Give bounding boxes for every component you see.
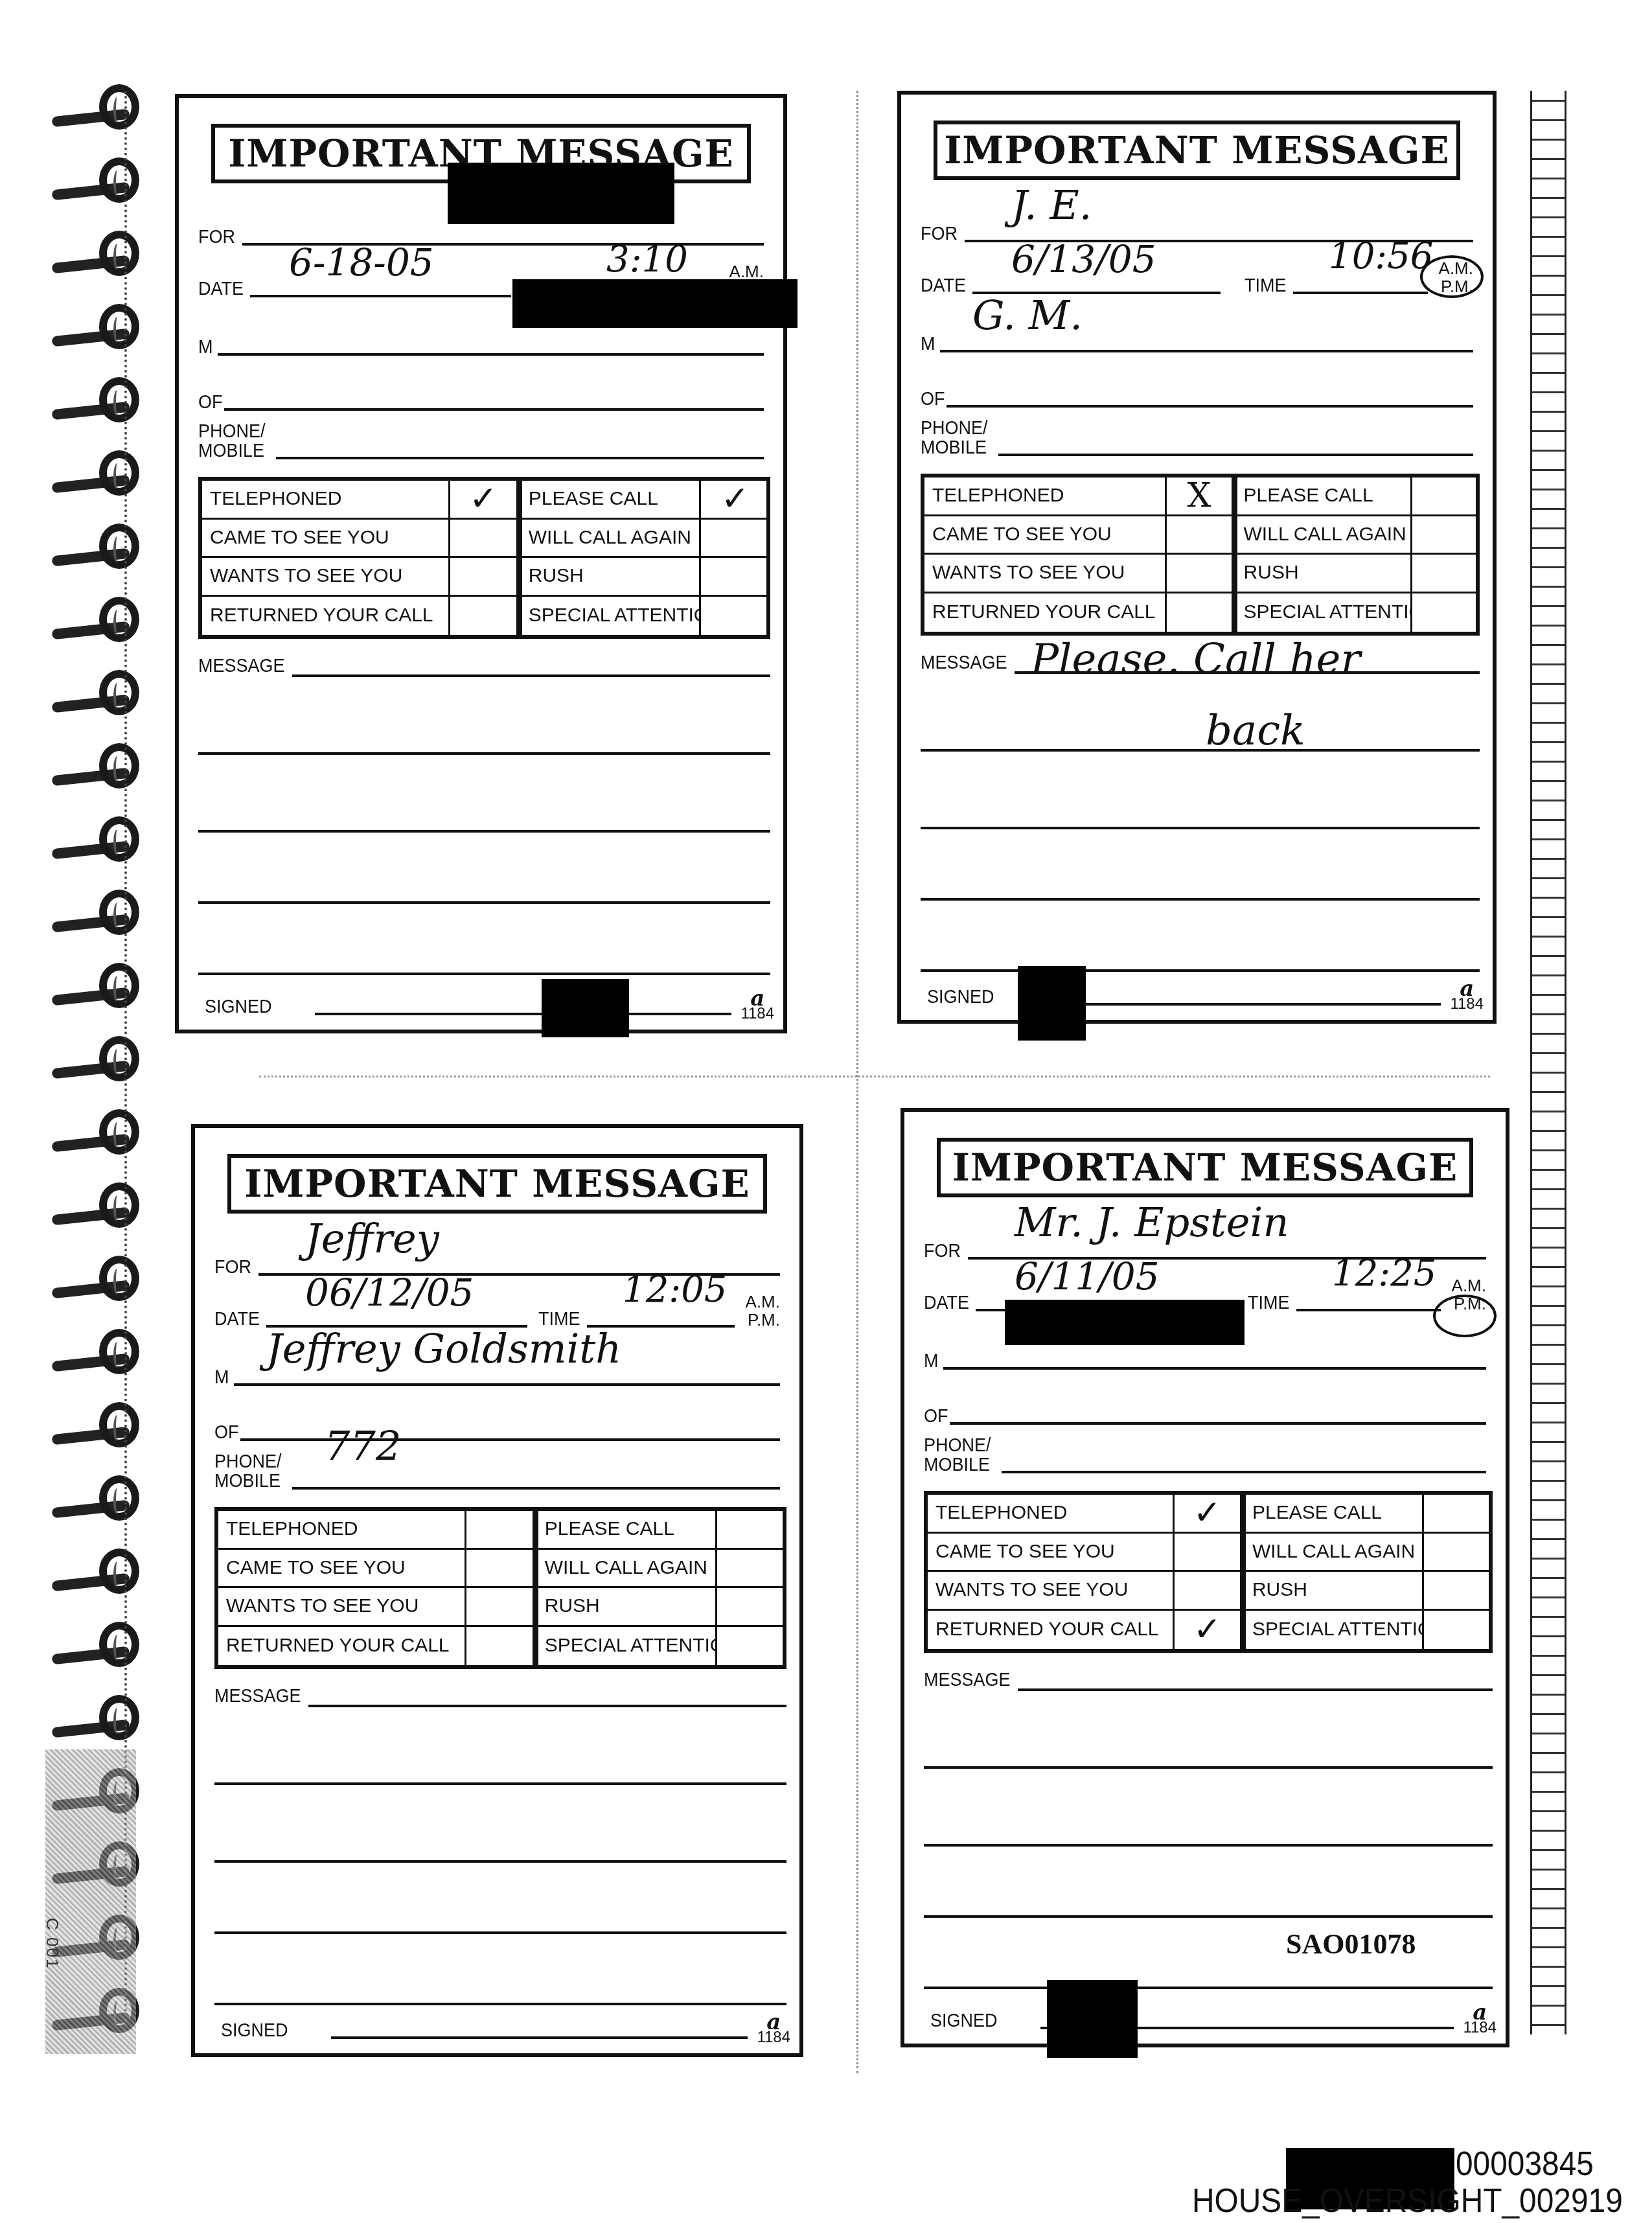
slip-title: IMPORTANT MESSAGE: [244, 1162, 750, 1206]
checkbox-special_attention[interactable]: [717, 1627, 785, 1666]
am-pm: A.M. P.M.: [746, 1293, 780, 1329]
checkbox-telephoned[interactable]: ✓: [1175, 1495, 1242, 1534]
time-value[interactable]: 3:10: [606, 242, 688, 278]
time-label: TIME: [1248, 1293, 1290, 1313]
spiral-coil-icon: [52, 670, 149, 728]
message-line: [921, 898, 1480, 901]
checkbox-returned_your_call[interactable]: [466, 1627, 534, 1666]
checkbox-rush[interactable]: [717, 1588, 785, 1627]
message-slip-bottom-right: IMPORTANT MESSAGE FOR DATE TIME A.M. P.M…: [901, 1108, 1509, 2047]
spiral-coil-icon: [52, 1329, 149, 1387]
signed-line: [1037, 1003, 1441, 1006]
time-label: TIME: [1245, 276, 1287, 295]
checkbox-label-came_to_see_you: CAME TO SEE YOU: [924, 516, 1167, 555]
from-value[interactable]: G. M.: [972, 295, 1083, 336]
tear-line: [259, 1076, 1490, 1077]
spiral-coil-icon: [52, 963, 149, 1021]
for-value[interactable]: J. E.: [1011, 185, 1092, 225]
checkbox-label-special_attention: SPECIAL ATTENTION: [1245, 1611, 1424, 1650]
checkbox-label-returned_your_call: RETURNED YOUR CALL: [202, 597, 450, 636]
checkbox-returned_your_call[interactable]: ✓: [1175, 1611, 1242, 1650]
signed-line: [331, 2036, 748, 2039]
checkbox-telephoned[interactable]: [466, 1511, 534, 1550]
form-number: 1184: [757, 2029, 790, 2046]
checkbox-label-returned_your_call: RETURNED YOUR CALL: [928, 1611, 1175, 1650]
message-line: [1018, 1688, 1493, 1691]
message-line: [924, 1915, 1493, 1918]
checkbox-label-rush: RUSH: [1245, 1572, 1424, 1611]
slip-title: IMPORTANT MESSAGE: [952, 1146, 1458, 1190]
checkbox-label-please_call: PLEASE CALL: [537, 1511, 718, 1550]
checkbox-came_to_see_you[interactable]: [450, 520, 518, 559]
spiral-coil-icon: [52, 524, 149, 582]
checkbox-grid: TELEPHONED✓PLEASE CALLCAME TO SEE YOUWIL…: [924, 1491, 1493, 1653]
checkbox-telephoned[interactable]: ✓: [450, 481, 518, 520]
spiral-coil-icon: [52, 1475, 149, 1534]
am-pm-circle: [1433, 1295, 1497, 1337]
spiral-coil-icon: [52, 231, 149, 289]
date-label: DATE: [198, 279, 244, 299]
form-number: 1184: [1450, 995, 1484, 1013]
checkbox-label-will_call_again: WILL CALL AGAIN: [537, 1550, 718, 1589]
am-label: A.M.: [729, 262, 764, 281]
phone-line: [998, 454, 1473, 456]
checkbox-will_call_again[interactable]: [1424, 1534, 1491, 1572]
time-value[interactable]: 12:25: [1332, 1256, 1436, 1292]
message-slip-top-left: IMPORTANT MESSAGE FOR DATE TIME A.M. P.M…: [175, 94, 787, 1033]
checkbox-label-telephoned: TELEPHONED: [928, 1495, 1175, 1534]
message-line: [214, 2003, 786, 2005]
from-line: [943, 1367, 1486, 1370]
message-label: MESSAGE: [921, 652, 1007, 674]
phone-line: [276, 457, 764, 459]
signed-label: SIGNED: [927, 986, 994, 1008]
spiral-coil-icon: [52, 84, 149, 143]
checkbox-label-wants_to_see_you: WANTS TO SEE YOU: [218, 1588, 466, 1627]
checkbox-came_to_see_you[interactable]: [466, 1550, 534, 1589]
message-line: [198, 830, 770, 833]
from-line: [940, 350, 1473, 352]
of-field: OF: [921, 370, 1473, 409]
checkbox-wants_to_see_you[interactable]: [1167, 555, 1233, 593]
form-number: 1184: [740, 1005, 774, 1022]
spiral-coil-icon: [52, 1036, 149, 1094]
spiral-coil-icon: [52, 157, 149, 216]
checkbox-label-rush: RUSH: [537, 1588, 718, 1627]
scan-shadow: [45, 1749, 136, 2054]
adams-logo-icon: a: [757, 2014, 790, 2030]
checkbox-label-special_attention: SPECIAL ATTENTION: [537, 1627, 718, 1666]
message-line: [198, 901, 770, 904]
checkbox-rush[interactable]: [1412, 555, 1478, 593]
checkbox-will_call_again[interactable]: [701, 520, 769, 559]
time-value[interactable]: 12:05: [623, 1272, 727, 1308]
of-field: OF: [214, 1403, 780, 1442]
adams-logo-icon: a: [740, 991, 774, 1006]
checkbox-label-special_attention: SPECIAL ATTENTION: [1236, 593, 1412, 632]
checkbox-label-wants_to_see_you: WANTS TO SEE YOU: [202, 558, 450, 597]
signed-label: SIGNED: [221, 2020, 288, 2042]
message-line: [924, 1766, 1493, 1769]
checkbox-label-please_call: PLEASE CALL: [1245, 1495, 1424, 1534]
spiral-coil-icon: [52, 450, 149, 509]
checkbox-please_call[interactable]: [1424, 1495, 1491, 1534]
checkbox-label-came_to_see_you: CAME TO SEE YOU: [218, 1550, 466, 1589]
title-box: IMPORTANT MESSAGE: [937, 1138, 1473, 1197]
phone-field: PHONE/ MOBILE: [921, 406, 1473, 457]
mobile-label: MOBILE: [921, 438, 987, 457]
for-value[interactable]: Jeffrey: [305, 1219, 439, 1259]
phone-line: [292, 1487, 780, 1490]
phone-label: PHONE/: [198, 422, 266, 441]
phone-line: [1002, 1471, 1486, 1473]
side-stamp: C 001: [42, 1918, 62, 1969]
checkbox-special_attention[interactable]: [1424, 1611, 1491, 1650]
message-label: MESSAGE: [214, 1685, 301, 1707]
phone-label: PHONE/: [924, 1436, 991, 1455]
message-line: [921, 969, 1480, 972]
form-logo: a 1184: [740, 991, 774, 1022]
checkbox-label-telephoned: TELEPHONED: [218, 1511, 466, 1550]
message-line: [921, 749, 1480, 752]
m-label: M: [921, 334, 935, 354]
signed-label: SIGNED: [930, 2010, 998, 2032]
checkbox-please_call[interactable]: [1412, 478, 1478, 516]
for-redaction: [448, 163, 674, 224]
spiral-coil-icon: [52, 743, 149, 801]
from-value[interactable]: Jeffrey Goldsmith: [266, 1329, 621, 1369]
checkbox-grid: TELEPHONED✓PLEASE CALL✓CAME TO SEE YOUWI…: [198, 477, 770, 639]
slip-title: IMPORTANT MESSAGE: [944, 128, 1450, 172]
spiral-coil-icon: [52, 890, 149, 948]
from-line: [234, 1383, 780, 1386]
checkbox-label-will_call_again: WILL CALL AGAIN: [1236, 516, 1412, 555]
message-line: [308, 1705, 786, 1707]
adams-logo-icon: a: [1450, 981, 1484, 996]
spiral-coil-icon: [52, 1256, 149, 1314]
phone-value[interactable]: 772: [325, 1426, 401, 1466]
message-line: [921, 827, 1480, 829]
checkbox-rush[interactable]: [701, 558, 769, 597]
checkbox-wants_to_see_you[interactable]: [450, 558, 518, 597]
m-label: M: [214, 1368, 229, 1387]
checkbox-label-wants_to_see_you: WANTS TO SEE YOU: [924, 555, 1167, 593]
time-value[interactable]: 10:56: [1329, 238, 1433, 275]
sao-stamp: SAO01078: [1286, 1928, 1416, 1961]
adams-logo-icon: a: [1463, 2005, 1497, 2020]
checkbox-label-telephoned: TELEPHONED: [924, 478, 1167, 516]
from-redaction: [512, 279, 797, 328]
phone-field: PHONE/ MOBILE: [214, 1439, 780, 1491]
for-label: FOR: [198, 227, 235, 247]
am-label: A.M.: [746, 1293, 780, 1311]
checkbox-came_to_see_you[interactable]: [1175, 1534, 1242, 1572]
checkbox-will_call_again[interactable]: [1412, 516, 1478, 555]
spiral-coil-icon: [52, 1549, 149, 1607]
time-line: [1296, 1309, 1441, 1311]
pm-label: P.M.: [746, 1311, 780, 1329]
date-label: DATE: [921, 276, 966, 295]
spiral-coil-icon: [52, 1182, 149, 1241]
checkbox-please_call[interactable]: [717, 1511, 785, 1550]
title-box: IMPORTANT MESSAGE: [227, 1154, 767, 1214]
checkbox-label-telephoned: TELEPHONED: [202, 481, 450, 520]
form-logo: a 1184: [757, 2014, 790, 2045]
phone-field: PHONE/ MOBILE: [924, 1423, 1486, 1475]
message-line: [214, 1931, 786, 1934]
title-box: IMPORTANT MESSAGE: [934, 121, 1460, 180]
checkbox-label-rush: RUSH: [1236, 555, 1412, 593]
for-value[interactable]: Mr. J. Epstein: [1015, 1203, 1289, 1243]
phone-field: PHONE/ MOBILE: [198, 409, 764, 461]
spiral-coil-icon: [52, 304, 149, 362]
checkbox-please_call[interactable]: ✓: [701, 481, 769, 520]
date-value[interactable]: 06/12/05: [305, 1274, 474, 1311]
spiral-coil-icon: [52, 597, 149, 655]
for-label: FOR: [214, 1258, 251, 1277]
spiral-coil-icon: [52, 816, 149, 875]
checkbox-label-special_attention: SPECIAL ATTENTION: [521, 597, 702, 636]
m-label: M: [924, 1352, 939, 1371]
spiral-coil-icon: [52, 1622, 149, 1680]
spiral-coil-icon: [52, 377, 149, 435]
spiral-coil-icon: [52, 1402, 149, 1460]
m-label: M: [198, 338, 213, 357]
message-label: MESSAGE: [198, 655, 285, 677]
of-field: OF: [198, 373, 764, 412]
checkbox-label-wants_to_see_you: WANTS TO SEE YOU: [928, 1572, 1175, 1611]
checkbox-label-please_call: PLEASE CALL: [521, 481, 702, 520]
spiral-coil-icon: [52, 1695, 149, 1753]
of-field: OF: [924, 1387, 1486, 1426]
date-value[interactable]: 6/11/05: [1015, 1258, 1160, 1295]
checkbox-label-returned_your_call: RETURNED YOUR CALL: [218, 1627, 466, 1666]
bates-number: 00003845: [1456, 2145, 1594, 2183]
message-line-2[interactable]: back: [1206, 710, 1305, 752]
am-pm-circle: [1420, 255, 1484, 298]
time-line: [1293, 292, 1428, 294]
for-label: FOR: [924, 1241, 961, 1261]
signed-line: [315, 1013, 731, 1015]
date-line: [250, 295, 511, 297]
checkbox-rush[interactable]: [1424, 1572, 1491, 1611]
message-label: MESSAGE: [924, 1669, 1011, 1691]
signed-redaction: [1018, 966, 1086, 1041]
date-value[interactable]: 6/13/05: [1011, 240, 1156, 278]
form-logo: a 1184: [1450, 981, 1484, 1012]
perforation-strip: [1530, 91, 1566, 2034]
for-label: FOR: [921, 224, 958, 244]
signed-label: SIGNED: [205, 996, 272, 1018]
checkbox-label-will_call_again: WILL CALL AGAIN: [521, 520, 702, 559]
message-line: [214, 1782, 786, 1785]
message-line: [924, 1844, 1493, 1847]
checkbox-label-will_call_again: WILL CALL AGAIN: [1245, 1534, 1424, 1572]
date-label: DATE: [924, 1293, 969, 1313]
mobile-label: MOBILE: [924, 1455, 990, 1475]
checkbox-telephoned[interactable]: X: [1167, 478, 1233, 516]
from-redaction: [1005, 1300, 1245, 1345]
message-line-1[interactable]: Please. Call her: [1031, 639, 1360, 680]
form-logo: a 1184: [1463, 2005, 1497, 2036]
phone-label: PHONE/: [214, 1452, 282, 1471]
checkbox-label-came_to_see_you: CAME TO SEE YOU: [928, 1534, 1175, 1572]
checkbox-special_attention[interactable]: [701, 597, 769, 636]
checkbox-returned_your_call[interactable]: [450, 597, 518, 636]
checkbox-label-returned_your_call: RETURNED YOUR CALL: [924, 593, 1167, 632]
date-value[interactable]: 6-18-05: [289, 244, 434, 281]
message-line: [198, 752, 770, 755]
mobile-label: MOBILE: [198, 441, 264, 461]
message-line: [924, 1987, 1493, 1989]
checkbox-came_to_see_you[interactable]: [1167, 516, 1233, 555]
checkbox-grid: TELEPHONEDPLEASE CALLCAME TO SEE YOUWILL…: [214, 1507, 786, 1669]
am-label: A.M.: [1452, 1276, 1486, 1295]
date-label: DATE: [214, 1309, 260, 1329]
from-line: [218, 353, 764, 356]
checkbox-label-came_to_see_you: CAME TO SEE YOU: [202, 520, 450, 559]
signed-redaction: [542, 979, 629, 1037]
binding-edge: [124, 91, 127, 2034]
checkbox-special_attention[interactable]: [1412, 593, 1478, 632]
form-number: 1184: [1463, 2019, 1497, 2036]
message-line: [214, 1860, 786, 1863]
checkbox-grid: TELEPHONEDXPLEASE CALLCAME TO SEE YOUWIL…: [921, 474, 1480, 636]
message-slip-top-right: IMPORTANT MESSAGE FOR DATE TIME A.M. P.M…: [897, 91, 1497, 1024]
checkbox-label-please_call: PLEASE CALL: [1236, 478, 1412, 516]
checkbox-will_call_again[interactable]: [717, 1550, 785, 1589]
checkbox-returned_your_call[interactable]: [1167, 593, 1233, 632]
checkbox-wants_to_see_you[interactable]: [1175, 1572, 1242, 1611]
signed-redaction: [1047, 1980, 1138, 2058]
checkbox-wants_to_see_you[interactable]: [466, 1588, 534, 1627]
message-slip-bottom-left: IMPORTANT MESSAGE FOR DATE TIME A.M. P.M…: [191, 1124, 803, 2057]
checkbox-label-rush: RUSH: [521, 558, 702, 597]
phone-label: PHONE/: [921, 419, 988, 438]
page-divider: [856, 91, 858, 2073]
spiral-coil-icon: [52, 1109, 149, 1168]
message-line: [198, 973, 770, 975]
document-id: HOUSE_OVERSIGHT_002919: [1192, 2182, 1623, 2220]
mobile-label: MOBILE: [214, 1471, 281, 1491]
message-line: [292, 674, 770, 677]
